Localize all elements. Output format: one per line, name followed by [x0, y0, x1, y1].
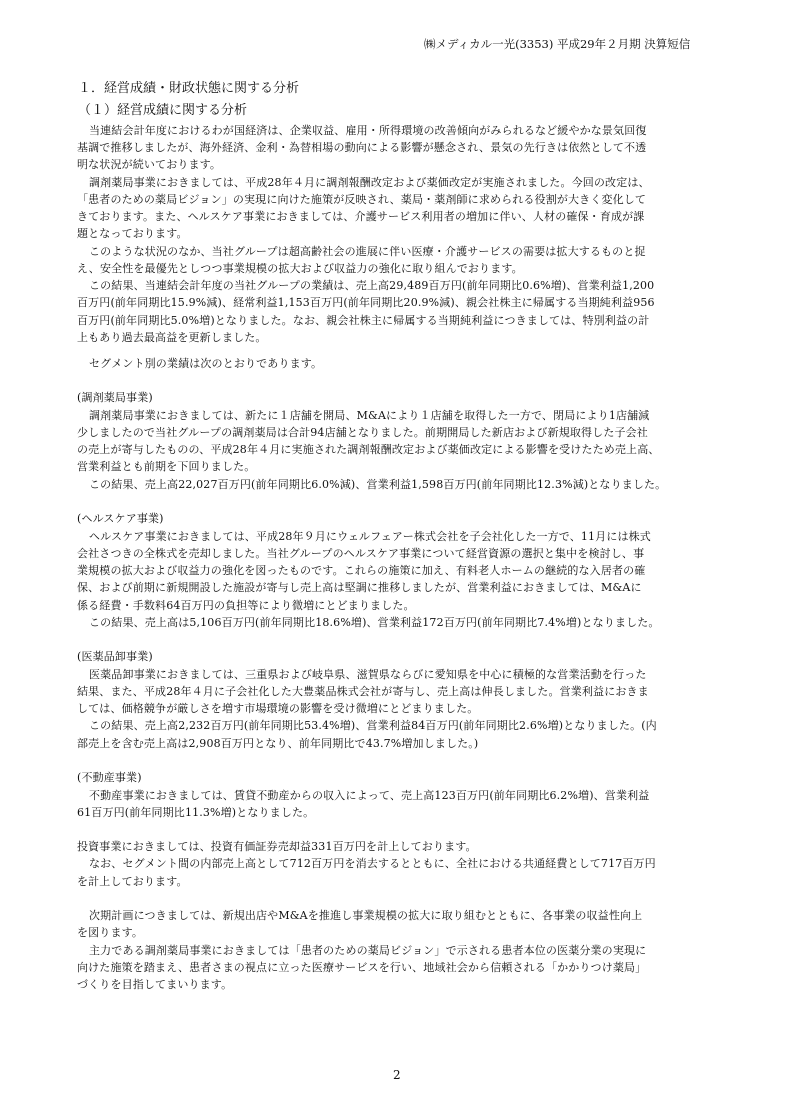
paragraph-line: ヘルスケア事業におきましては、平成28年９月にウェルフェアー株式会社を子会社化し…: [89, 528, 651, 544]
paragraph-line: 不動産事業におきましては、賃貸不動産からの収入によって、売上高123百万円(前年…: [89, 787, 649, 803]
paragraph-line: 係る経費・手数料64百万円の負担等により微増にとどまりました。: [77, 597, 415, 613]
paragraph-line: の売上が寄与したものの、平成28年４月に実施された調剤報酬改定および薬価改定によ…: [77, 441, 660, 457]
paragraph-line: しては、価格競争が厳しさを増す市場環境の影響を受け微増にとどまりました。: [77, 700, 478, 716]
paragraph-line: 保、および前期に新規開設した施設が寄与し売上高は堅調に推移しましたが、営業利益に…: [77, 579, 642, 595]
page-number: 2: [393, 1068, 401, 1082]
section-title: １．経営成績・財政状態に関する分析: [78, 77, 299, 96]
section-subtitle: （１）経営成績に関する分析: [78, 99, 247, 118]
segment-heading: (医薬品卸事業): [77, 648, 153, 664]
paragraph-line: なお、セグメント間の内部売上高として712百万円を消去するとともに、全社における…: [89, 855, 656, 871]
paragraph-line: 部売上を含む売上高は2,908百万円となり、前年同期比で43.7%増加しました。…: [77, 735, 478, 751]
segment-heading: (調剤薬局事業): [77, 389, 153, 405]
segment-heading: (ヘルスケア事業): [77, 510, 164, 526]
paragraph-line: 百万円(前年同期比15.9%減)、経常利益1,153百万円(前年同期比20.9%…: [77, 294, 655, 310]
paragraph-line: 業規模の拡大および収益力の強化を図ったものです。これらの施策に加え、有料老人ホー…: [77, 562, 645, 578]
paragraph-line: 基調で推移しましたが、海外経済、金利・為替相場の動向による影響が懸念され、景気の…: [77, 139, 646, 155]
paragraph-line: づくりを目指してまいります。: [77, 976, 232, 992]
paragraph-line: この結果、売上高22,027百万円(前年同期比6.0%減)、営業利益1,598百…: [89, 476, 666, 492]
paragraph-line: この結果、売上高は5,106百万円(前年同期比18.6%増)、営業利益172百万…: [89, 614, 660, 630]
page-header: ㈱メディカル一光(3353) 平成29年２月期 決算短信: [424, 36, 690, 52]
segment-heading: (不動産事業): [77, 769, 142, 785]
paragraph-line: 当連結会計年度におけるわが国経済は、企業収益、雇用・所得環境の改善傾向がみられる…: [89, 122, 647, 138]
paragraph-line: 向けた施策を踏まえ、患者さまの視点に立った医療サービスを行い、地域社会から信頼さ…: [77, 959, 646, 975]
paragraph-line: 結果、また、平成28年４月に子会社化した大豊薬品株式会社が寄与し、売上高は伸長し…: [77, 683, 649, 699]
paragraph-line: 次期計画につきましては、新規出店やM&Aを推進し事業規模の拡大に取り組むとともに…: [89, 907, 642, 923]
paragraph-line: 医薬品卸事業におきましては、三重県および岐阜県、滋賀県ならびに愛知県を中心に積極…: [89, 666, 647, 682]
paragraph-line: 主力である調剤薬局事業におきましては「患者のための薬局ビジョン」で示される患者本…: [89, 942, 646, 958]
paragraph-line: このような状況のなか、当社グループは超高齢社会の進展に伴い医療・介護サービスの需…: [89, 243, 646, 259]
paragraph-line: セグメント別の業績は次のとおりであります。: [89, 355, 322, 371]
paragraph-line: きております。また、ヘルスケア事業におきましては、介護サービス利用者の増加に伴い…: [77, 208, 644, 224]
paragraph-line: え、安全性を最優先としつつ事業規模の拡大および収益力の強化に取り組んでおります。: [77, 260, 523, 276]
paragraph-line: 上もあり過去最高益を更新しました。: [77, 329, 267, 345]
paragraph-line: 会社さつきの全株式を売却しました。当社グループのヘルスケア事業について経営資源の…: [77, 545, 644, 561]
paragraph-line: 調剤薬局事業におきましては、新たに１店舗を開局、M&Aにより１店舗を取得した一方…: [89, 407, 649, 423]
paragraph-line: 61百万円(前年同期比11.3%増)となりました。: [77, 804, 314, 820]
paragraph-line: 題となっております。: [77, 225, 188, 241]
paragraph-line: 少しましたので当社グループの調剤薬局は合計94店舗となりました。前期開局した新店…: [77, 424, 648, 440]
paragraph-line: この結果、当連結会計年度の当社グループの業績は、売上高29,489百万円(前年同…: [89, 277, 654, 293]
paragraph-line: 投資事業におきましては、投資有価証券売却益331百万円を計上しております。: [77, 838, 477, 854]
paragraph-line: を計上しております。: [77, 873, 188, 889]
paragraph-line: 百万円(前年同期比5.0%増)となりました。なお、親会社株主に帰属する当期純利益…: [77, 312, 649, 328]
paragraph-line: 調剤薬局事業におきましては、平成28年４月に調剤報酬改定および薬価改定が実施され…: [89, 174, 650, 190]
paragraph-line: 「患者のための薬局ビジョン」の実現に向けた施策が反映され、薬局・薬剤師に求められ…: [77, 191, 646, 207]
paragraph-line: 明な状況が続いております。: [77, 156, 221, 172]
paragraph-line: 営業利益とも前期を下回りました。: [77, 458, 255, 474]
paragraph-line: を図ります。: [77, 924, 143, 940]
paragraph-line: この結果、売上高2,232百万円(前年同期比53.4%増)、営業利益84百万円(…: [89, 717, 657, 733]
